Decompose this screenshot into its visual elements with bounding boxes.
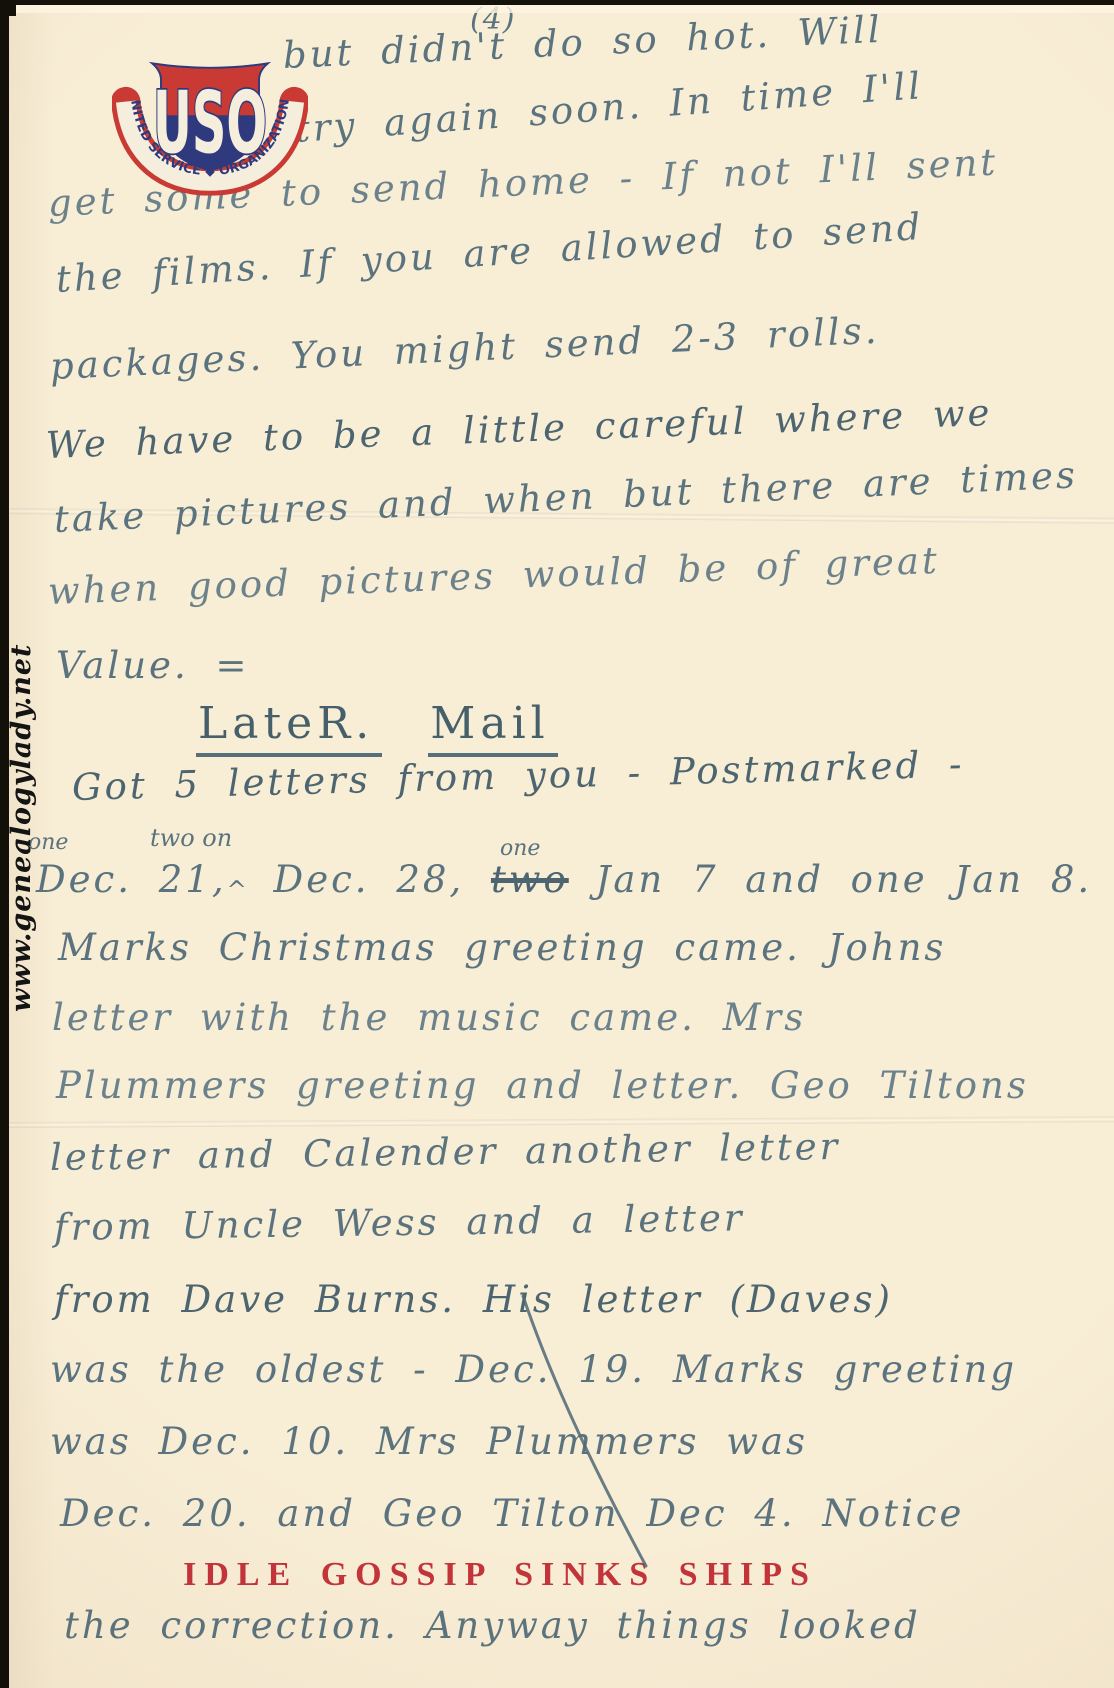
superscript-correction: one: [500, 836, 540, 861]
handwritten-line: Marks Christmas greeting came. Johns: [58, 926, 946, 969]
fold-crease: [0, 1116, 1114, 1128]
handwritten-line: letter and Calender another letter: [50, 1125, 841, 1179]
handwritten-line: from Uncle Wess and a letter: [54, 1196, 745, 1249]
date-part3: Jan 7 and one Jan 8.: [569, 858, 1092, 901]
heading-later: LateR.: [196, 698, 382, 757]
handwritten-line: the films. If you are allowed to send: [55, 205, 925, 301]
date-part1: Dec. 21,: [36, 858, 227, 901]
handwritten-line: letter with the music came. Mrs: [52, 996, 806, 1039]
insertion-caret: ^: [227, 876, 247, 904]
struck-word: two: [491, 858, 569, 901]
date-part2: Dec. 28,: [247, 858, 491, 901]
superscript-correction: two on: [150, 824, 232, 852]
handwritten-line: packages. You might send 2-3 rolls.: [49, 309, 880, 388]
handwritten-line: but didn't do so hot. Will: [282, 8, 883, 77]
handwritten-line: when good pictures would be of great: [47, 539, 940, 613]
scan-edge-left: [0, 0, 9, 1688]
handwritten-line: Dec. 20. and Geo Tilton Dec 4. Notice: [60, 1492, 964, 1535]
uso-logo: UNITED SERVICE ◆ ORGANIZATIONS USO: [112, 56, 308, 204]
handwritten-line: Value. =: [56, 644, 249, 687]
handwritten-line: try again soon. In time I'll: [294, 64, 925, 151]
stationery-slogan: IDLE GOSSIP SINKS SHIPS: [175, 1556, 825, 1594]
handwritten-line: take pictures and when but there are tim…: [53, 453, 1079, 541]
handwritten-line: Plummers greeting and letter. Geo Tilton…: [56, 1064, 1029, 1107]
handwritten-line: was Dec. 10. Mrs Plummers was: [50, 1420, 808, 1463]
date-line: Dec. 21,^ Dec. 28, two Jan 7 and one Jan…: [36, 858, 1092, 901]
handwritten-line: the correction. Anyway things looked: [64, 1604, 921, 1647]
scan-edge-top: [0, 0, 1114, 5]
section-heading: LateR.Mail: [196, 698, 558, 757]
handwritten-line: from Dave Burns. His letter (Daves): [54, 1278, 893, 1321]
paper-top-highlight: [9, 5, 1114, 13]
watermark-url: www.genealogylady.net: [6, 618, 48, 1038]
scan-edge-corner: [0, 0, 16, 16]
heading-mail: Mail: [428, 698, 557, 757]
handwritten-line: was the oldest - Dec. 19. Marks greeting: [50, 1348, 1017, 1391]
handwritten-line: We have to be a little careful where we: [45, 391, 993, 467]
uso-acronym: USO: [153, 75, 267, 174]
letter-scan-page: { "document": { "page_number": "(4)", "w…: [0, 0, 1114, 1688]
